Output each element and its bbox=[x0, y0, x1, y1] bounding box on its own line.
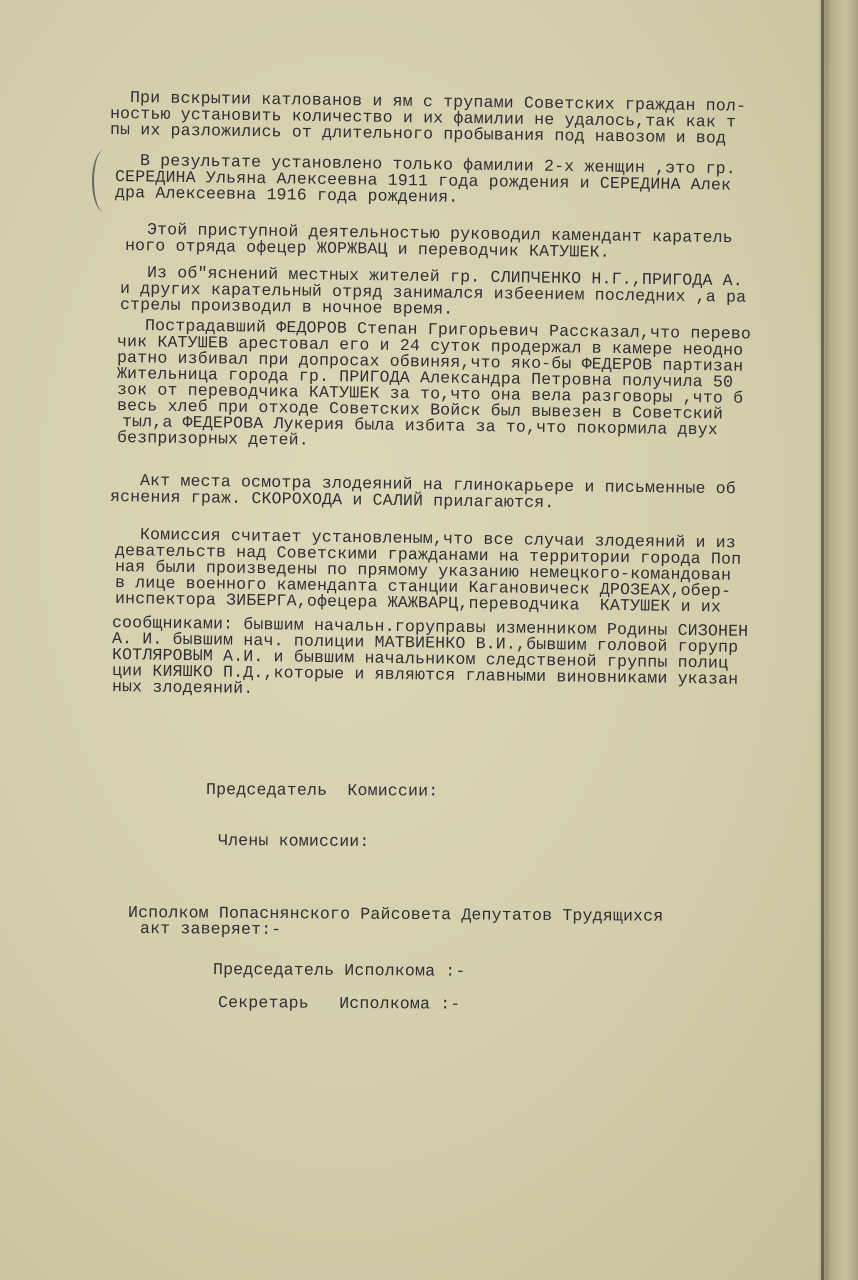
secretary-executive-label: Секретарь Исполкома :- bbox=[218, 995, 461, 1013]
p5-line-8: безпризорных детей. bbox=[117, 430, 309, 449]
page-fold-shadow bbox=[818, 0, 858, 1280]
p4-line-3: стрелы производил в ночное время. bbox=[120, 297, 454, 318]
chairman-executive-label: Председатель Исполкома :- bbox=[213, 962, 466, 980]
p2-line-3: дра Алексеевна 1916 года рождения. bbox=[115, 185, 459, 206]
document-page: При вскрытии катлованов и ям с трупами С… bbox=[0, 0, 858, 1280]
page-edge bbox=[821, 0, 824, 1280]
chairman-commission-label: Председатель Комиссии: bbox=[206, 782, 438, 800]
p3-line-2: ного отряда офецер ЖОРЖВАЦ и переводчик … bbox=[125, 238, 610, 261]
members-commission-label: Члены комиссии: bbox=[218, 833, 370, 850]
handwritten-bracket-mark bbox=[92, 150, 116, 212]
p7-line-10: ных злодеяний. bbox=[112, 679, 254, 697]
executive-committee-line-2: акт заверяет:- bbox=[140, 921, 282, 938]
p6-line-2: яснения граж. СКОРОХОДА и САЛИЙ прилагаю… bbox=[110, 489, 555, 511]
